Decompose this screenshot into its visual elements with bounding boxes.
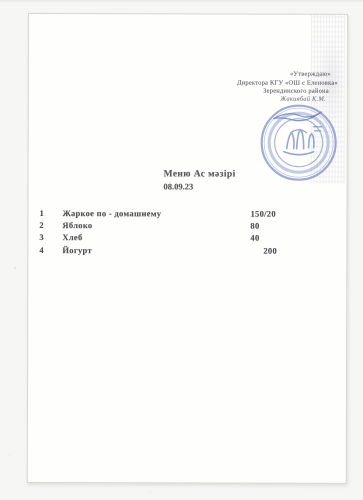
menu-row: 1 Жаркое по - домашнему 150/20 <box>38 207 338 220</box>
menu-row: 2 Яблоко 80 <box>38 219 338 232</box>
item-number: 4 <box>38 245 62 255</box>
item-number: 3 <box>38 232 62 242</box>
approval-block: «Утверждаю» Директора КГУ «ОШ с Еленовка… <box>29 14 347 15</box>
item-number: 2 <box>38 220 62 230</box>
item-name: Йогурт <box>62 245 242 255</box>
item-name: Жаркое по - домашнему <box>62 208 242 218</box>
page-title: Меню Ас мәзірі <box>164 169 236 179</box>
menu-row: 3 Хлеб 40 <box>38 231 338 244</box>
menu-date: 08.09.23 <box>164 181 236 191</box>
scanned-document-screen: «Утверждаю» Директора КГУ «ОШ с Еленовка… <box>0 0 363 500</box>
approval-line-3: Зерендинского района <box>263 88 329 95</box>
approval-line-2: Директора КГУ «ОШ с Еленовка» <box>237 80 338 87</box>
menu-list: 1 Жаркое по - домашнему 150/20 2 Яблоко … <box>38 207 338 257</box>
item-portion: 40 <box>242 233 338 243</box>
item-portion: 200 <box>242 245 338 255</box>
item-portion: 150/20 <box>242 209 338 219</box>
round-seal-stamp-icon <box>256 97 346 183</box>
title-block: Меню Ас мәзірі 08.09.23 <box>164 169 236 191</box>
item-number: 1 <box>38 208 62 218</box>
item-portion: 80 <box>242 221 338 231</box>
document-page: «Утверждаю» Директора КГУ «ОШ с Еленовка… <box>27 13 348 484</box>
item-name: Яблоко <box>62 220 242 230</box>
menu-row: 4 Йогурт 200 <box>38 244 338 257</box>
item-name: Хлеб <box>62 233 242 243</box>
approval-line-1: «Утверждаю» <box>290 71 331 78</box>
